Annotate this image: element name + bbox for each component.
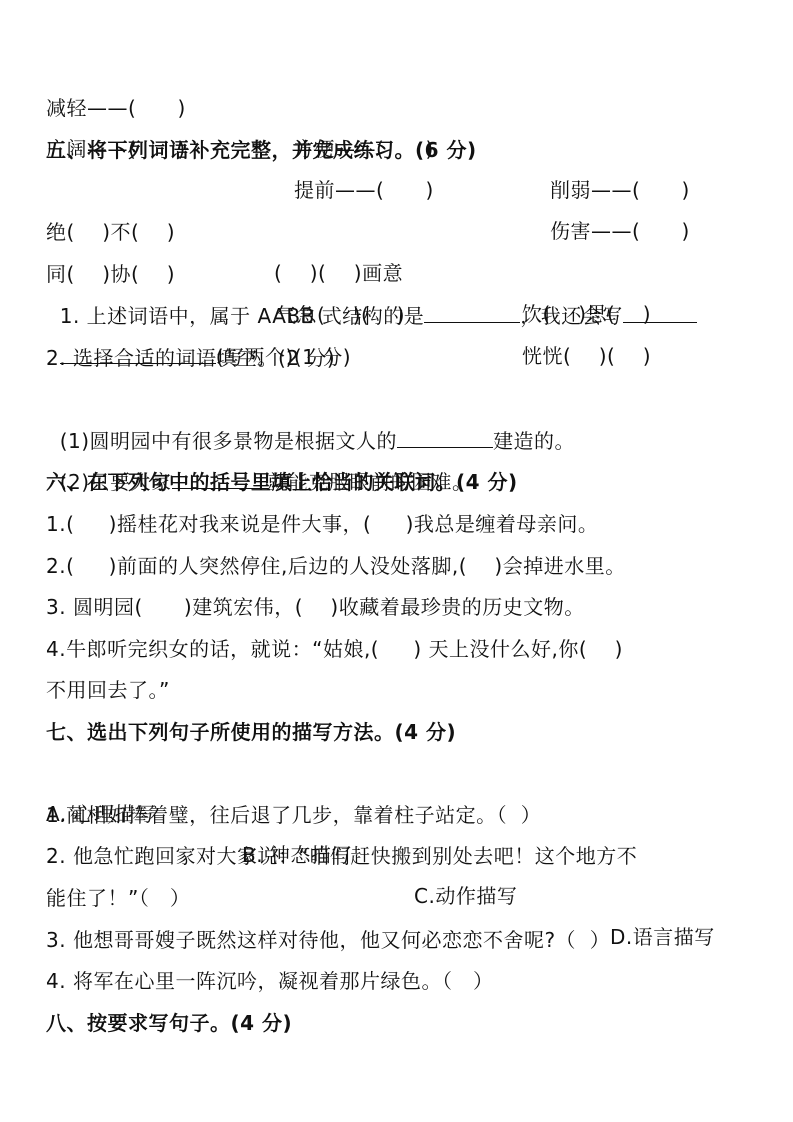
section-6-item-4[interactable]: 4.牛郎听完织女的话，就说：“姑娘,( ) 天上没什么好,你( )	[46, 629, 623, 670]
section-6-item-3[interactable]: 3. 圆明园( )建筑宏伟，( )收藏着最珍贵的历史文物。	[46, 587, 585, 628]
section-7-item-2-cont[interactable]: 能住了！”（ ）	[46, 878, 190, 919]
section-5-heading: 五、将下列词语补充完整，并完成练习。(6 分)	[46, 130, 477, 171]
fill-row-1: 绝( )不( ) ( )( )画意 饮( )思( )	[46, 171, 766, 212]
section-6-heading: 六、在下列句中的括号里填上恰当的关联词。(4 分)	[46, 462, 518, 503]
antonym-row-1: 减轻——( ) 方便——( ) 削弱——( )	[46, 47, 766, 88]
section-7-item-3[interactable]: 3. 他想哥哥嫂子既然这样对待他，他又何必恋恋不舍呢?（ ）	[46, 920, 610, 961]
section-8-heading: 八、按要求写句子。(4 分)	[46, 1003, 292, 1044]
question-text: 建造的。	[493, 429, 575, 453]
question-5-1: 1. 上述词语中，属于 AABB 式结构的是，我还会写	[46, 255, 697, 296]
idiom-item[interactable]: 恍恍( )( )	[522, 336, 651, 377]
fill-row-2: 同( )协( ) 气急( )( ) 恍恍( )( )	[46, 213, 766, 254]
option-c: C.动作描写	[414, 876, 517, 917]
section-7-options: A. 心理描写 B. 神态描写 C.动作描写 D.语言描写	[46, 753, 766, 794]
section-6-item-2[interactable]: 2.( )前面的人突然停住,后边的人没处落脚,( )会掉进水里。	[46, 546, 626, 587]
question-5-2-2: (2)只要大家就能克服眼前的困难。	[46, 421, 473, 462]
antonym-row-2: 广阔——( ) 提前——( ) 伤害——( )	[46, 88, 766, 129]
section-6-item-4-cont: 不用回去了。”	[46, 670, 170, 711]
question-5-2: 2. 选择合适的词语填空。(2 分)	[46, 338, 335, 379]
section-7-heading: 七、选出下列句子所使用的描写方法。(4 分)	[46, 712, 456, 753]
section-7-item-1[interactable]: 1.蔺相如捧着璧，往后退了几步，靠着柱子站定。（ ）	[46, 795, 541, 836]
answer-blank[interactable]	[424, 296, 520, 323]
question-5-1-cont: (写两个)(1 分)	[46, 296, 351, 337]
option-d: D.语言描写	[610, 917, 715, 958]
section-7-item-4[interactable]: 4. 将军在心里一阵沉吟，凝视着那片绿色。（ ）	[46, 961, 494, 1002]
question-5-2-1: (1)圆明园中有很多景物是根据文人的建造的。	[46, 380, 575, 421]
question-text: ，我还会写	[520, 304, 623, 328]
answer-blank[interactable]	[623, 296, 697, 323]
section-7-item-2: 2. 他急忙跑回家对大家说：“咱们赶快搬到别处去吧！这个地方不	[46, 836, 637, 877]
section-6-item-1[interactable]: 1.( )摇桂花对我来说是件大事，( )我总是缠着母亲问。	[46, 504, 598, 545]
